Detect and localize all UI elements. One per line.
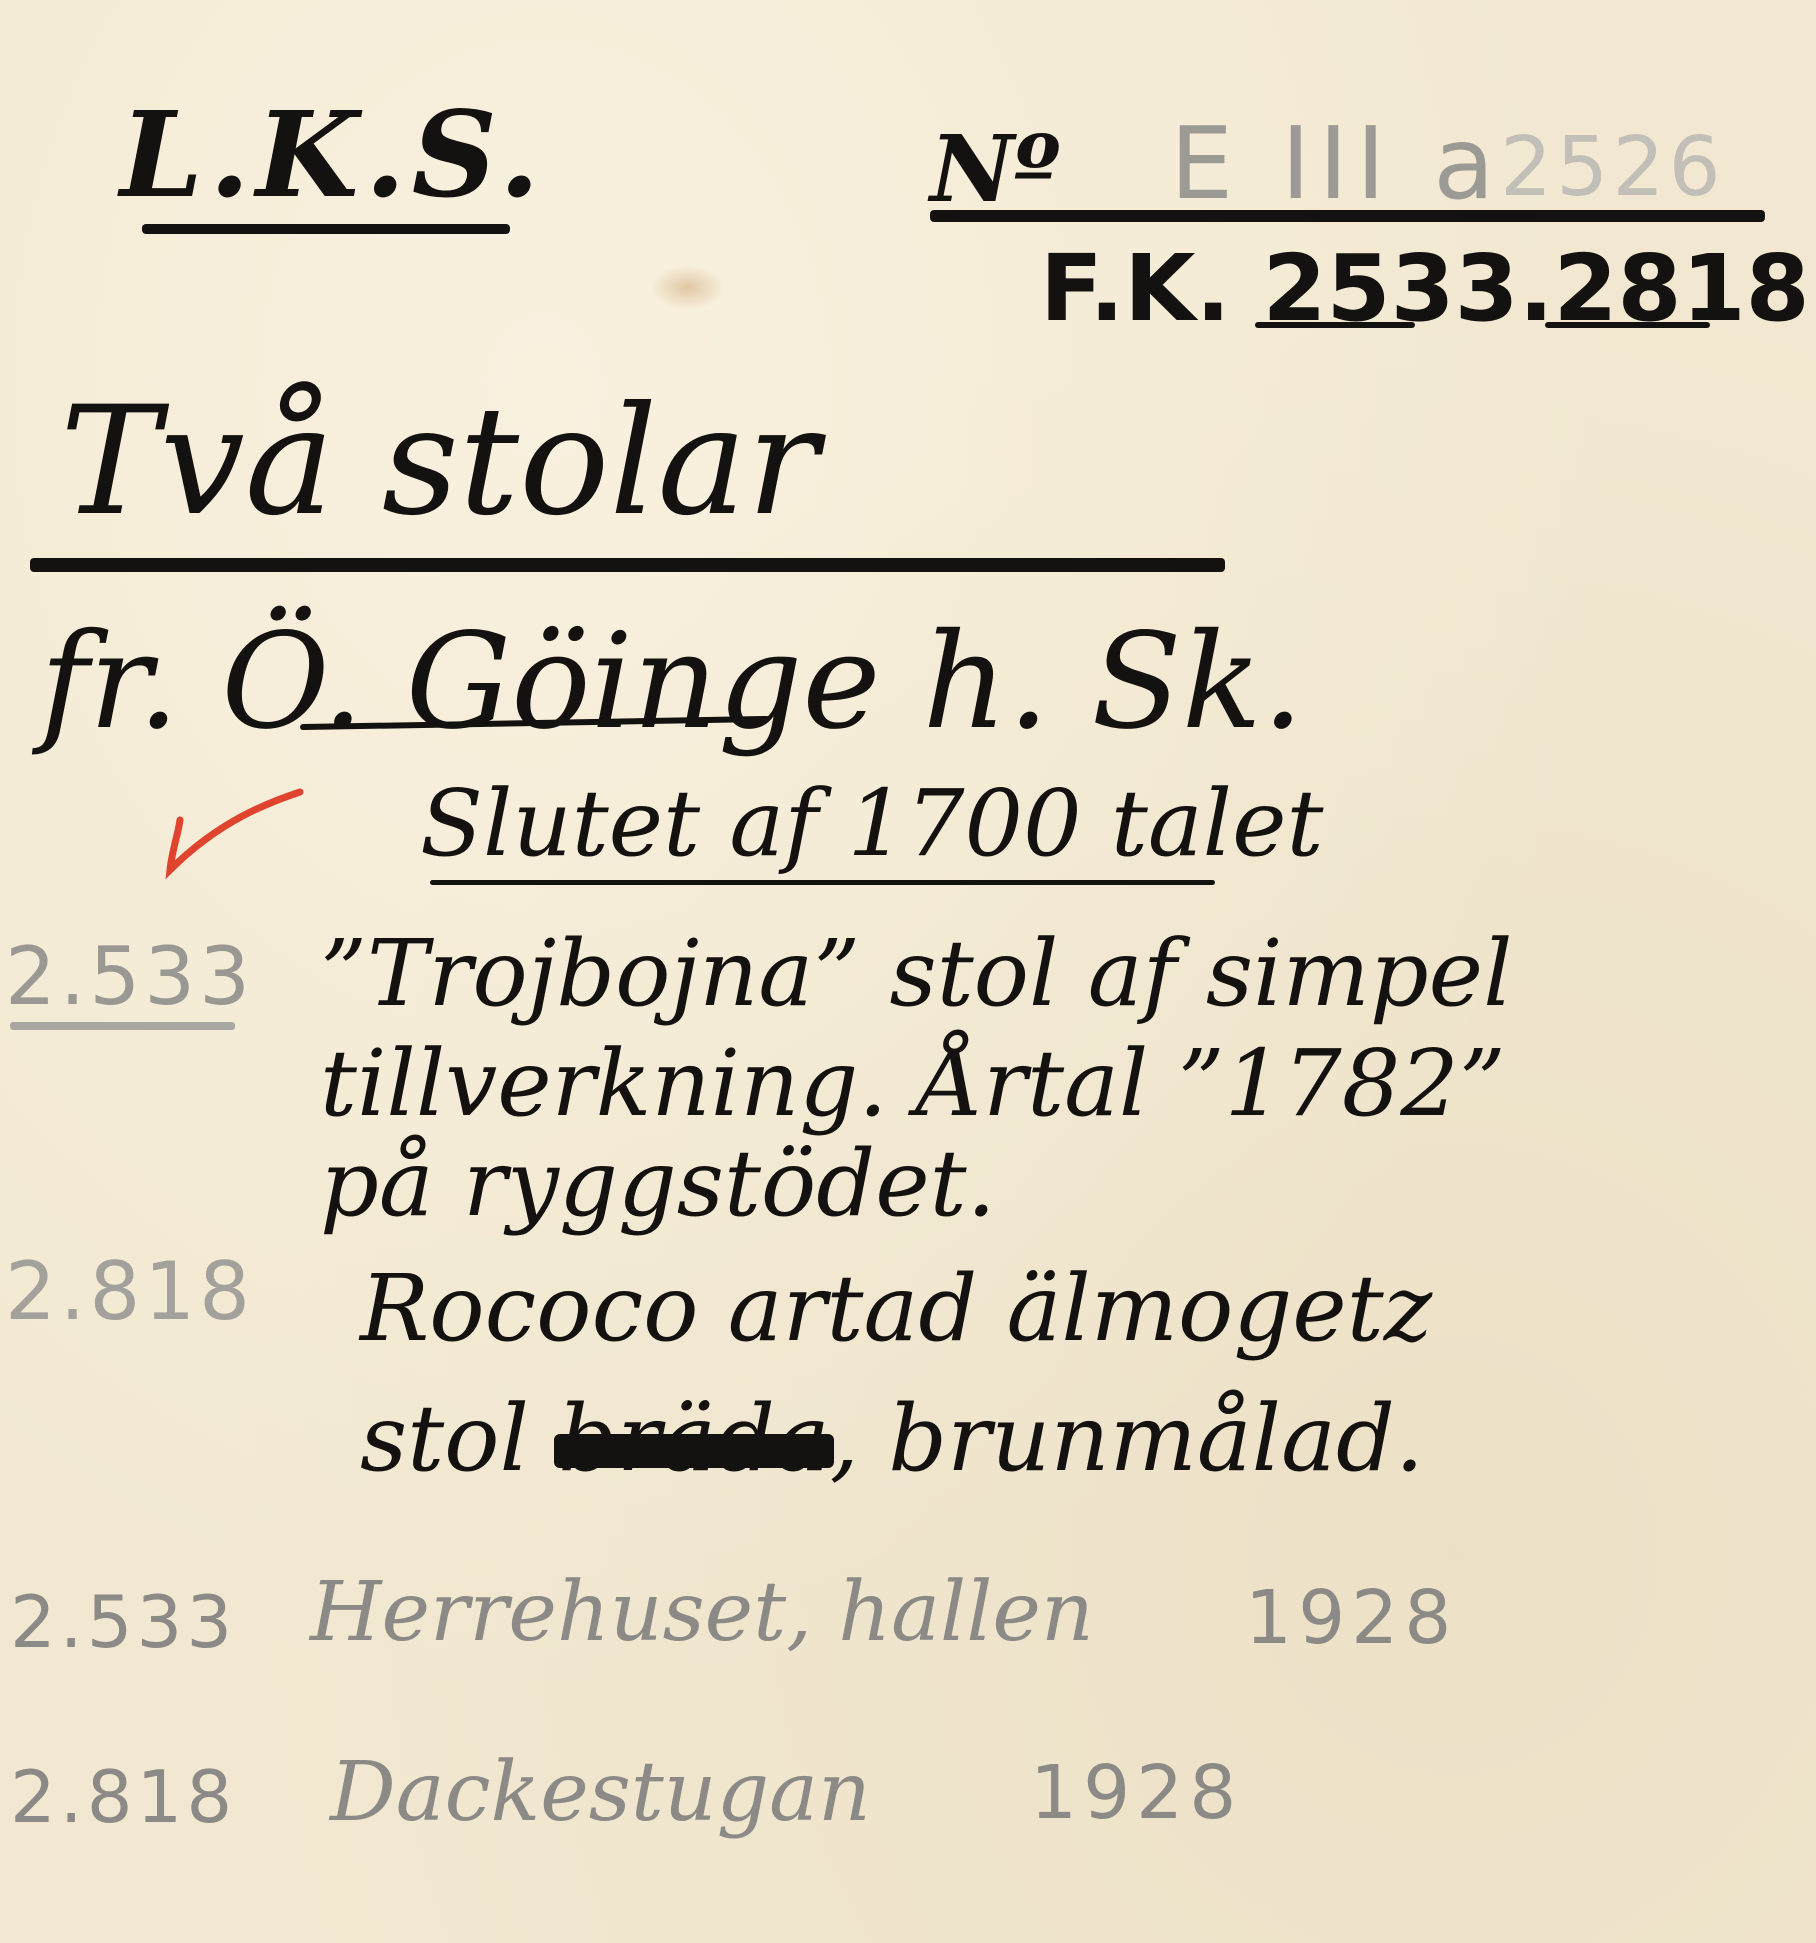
description-underline (430, 880, 1215, 885)
location-number: 2.533 (10, 1580, 236, 1664)
catalog-code: E III a (1170, 105, 1503, 222)
struck-out-word: bräda (558, 1385, 829, 1492)
location-year: 1928 (1245, 1575, 1457, 1661)
checkmark-icon (150, 780, 310, 880)
location-place: Herrehuset, hallen (310, 1565, 1094, 1660)
fk-underline (1255, 322, 1415, 328)
description-line: på ryggstödet. (320, 1130, 996, 1237)
catalog-code-suffix: 2526 (1500, 120, 1725, 215)
description-text: stol (360, 1385, 558, 1492)
paper-stain (650, 265, 725, 310)
description-line: Rococo artad älmogetz (360, 1255, 1432, 1362)
header-rule (930, 210, 1765, 222)
description-line: Slutet af 1700 talet (420, 770, 1324, 877)
collection-initials: L.K.S. (120, 85, 546, 224)
description-line: stol bräda, brunmålad. (360, 1385, 1424, 1492)
provenance: fr. Ö. Göinge h. Sk. (40, 605, 1304, 759)
margin-number: 2.533 (5, 930, 254, 1023)
margin-number: 2.818 (5, 1245, 254, 1338)
description-text: , brunmålad. (830, 1385, 1424, 1492)
fk-underline (1545, 322, 1710, 328)
location-number: 2.818 (10, 1755, 236, 1839)
title-rule (30, 558, 1225, 572)
object-title: Två stolar (60, 375, 819, 549)
initials-underline (142, 224, 510, 234)
description-line: ”Trojbojna” stol af simpel (320, 920, 1513, 1027)
margin-underline (10, 1022, 235, 1030)
location-year: 1928 (1030, 1750, 1242, 1836)
description-line: tillverkning. Årtal ”1782” (320, 1030, 1506, 1137)
number-label: Nº (930, 115, 1060, 223)
location-place: Dackestugan (330, 1745, 871, 1840)
